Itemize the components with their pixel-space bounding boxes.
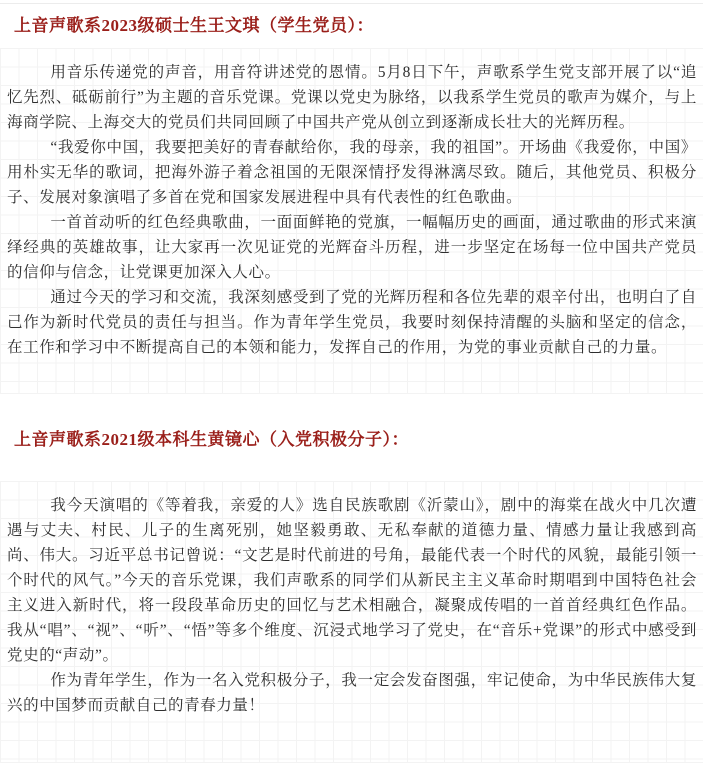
top-crop-divider [0,3,703,4]
section-2-body: 我今天演唱的《等着我，亲爱的人》选自民族歌剧《沂蒙山》，剧中的海棠在战火中几次遭… [0,481,703,763]
section-1-paragraph-2: “我爱你中国，我要把美好的青春献给你，我的母亲，我的祖国”。开场曲《我爱你，中国… [7,135,697,210]
section-1-body: 用音乐传递党的声音，用音符讲述党的恩情。5月8日下午，声歌系学生党支部开展了以“… [0,48,703,394]
section-1-paragraph-1: 用音乐传递党的声音，用音符讲述党的恩情。5月8日下午，声歌系学生党支部开展了以“… [7,60,697,135]
section-1-heading: 上音声歌系2023级硕士生王文琪（学生党员）： [14,14,689,38]
section-1-paragraph-3: 一首首动听的红色经典歌曲，一面面鲜艳的党旗，一幅幅历史的画面，通过歌曲的形式来演… [7,210,697,285]
section-1-paragraph-4: 通过今天的学习和交流，我深刻感受到了党的光辉历程和各位先辈的艰辛付出，也明白了自… [7,285,697,360]
section-2-heading: 上音声歌系2021级本科生黄镜心（入党积极分子）： [14,428,689,452]
article-page: { "page": { "background_color": "#ffffff… [0,0,703,763]
section-2-paragraph-1: 我今天演唱的《等着我，亲爱的人》选自民族歌剧《沂蒙山》，剧中的海棠在战火中几次遭… [7,493,697,668]
section-2-paragraph-2: 作为青年学生，作为一名入党积极分子，我一定会发奋图强，牢记使命，为中华民族伟大复… [7,668,697,718]
